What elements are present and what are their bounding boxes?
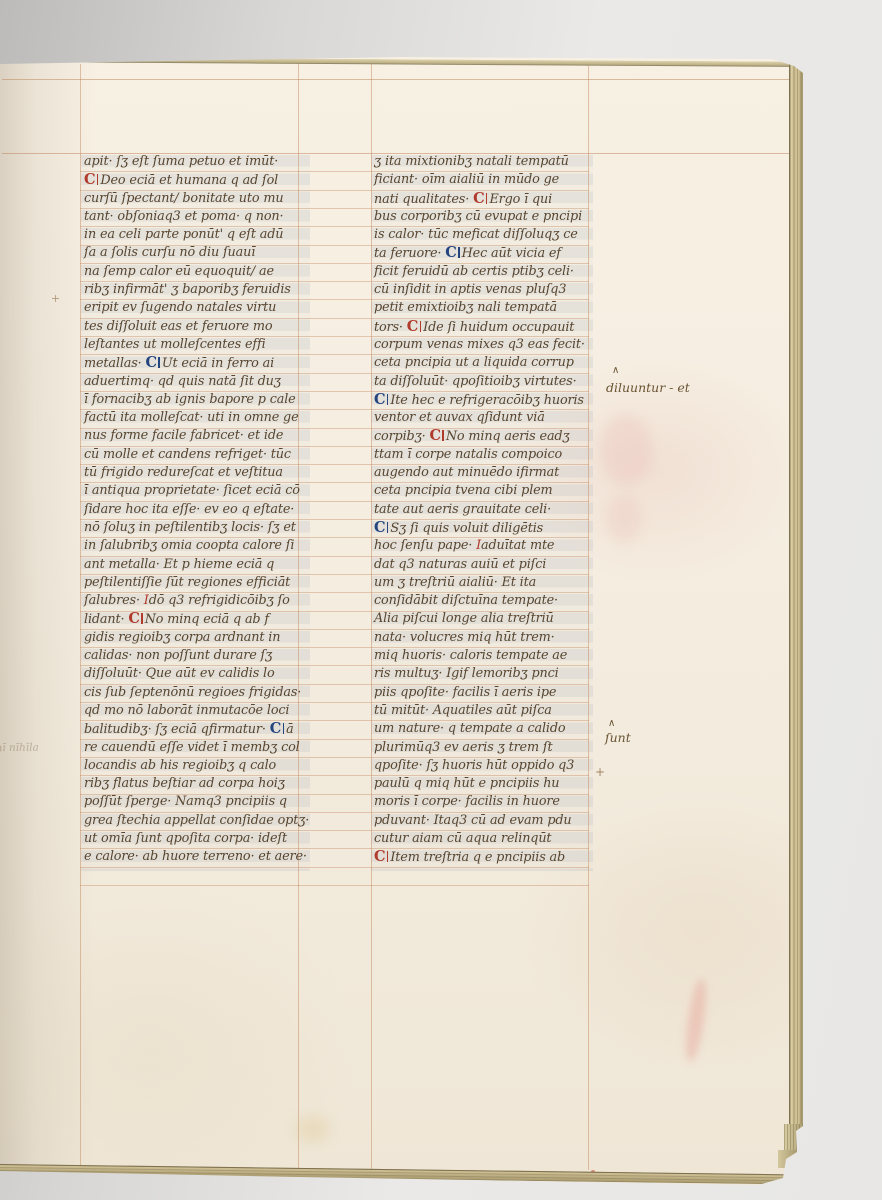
text-line: ſalubres· Idō q3 refrigidicōibʒ ſo [84, 592, 310, 610]
faded-left-margin-note: ōmī nīhīla [0, 742, 39, 755]
text-line: factū ita molleſcat· uti in omne ge [84, 409, 310, 427]
text-line: curſū ſpectant/ bonitate uto mu [84, 190, 310, 208]
text-line: cū inſidit in aptis venas pluſq3 [374, 281, 594, 299]
text-line: tors· CIde ſi huidum occupauit [374, 318, 594, 336]
text-line: is calor· tūc meficat diſſoluqʒ ce [374, 226, 594, 244]
under-page-edge [778, 1150, 799, 1168]
text-line: conſidābit diſctuīna tempate· [374, 592, 594, 610]
text-line: ceta pncipia ut a liquida corrup [374, 354, 594, 372]
text-line: apit· ſʒ eſt ſuma petuo et imūt· [84, 153, 310, 171]
text-line: piis qpoſite· facilis ī aeris ipe [374, 684, 594, 702]
text-line: ceta pncipia tvena cibi plem [374, 482, 594, 500]
text-line: CSʒ ſi quis voluit diligētis [374, 519, 594, 537]
text-line: um nature· q tempate a calido [374, 720, 594, 738]
text-line: ſidare hoc ita eſſe· ev eo q eſtate· [84, 501, 310, 519]
text-line: tant· obſoniaq3 et poma· q non· [84, 208, 310, 226]
margin-cross-left: + [51, 292, 60, 305]
text-line: pduvant· Itaq3 cū ad evam pdu [374, 812, 594, 830]
text-line: ta diſſoluūt· qpoſitioibʒ virtutes· [374, 373, 594, 391]
text-line: calidas· non poſſunt durare ſʒ [84, 647, 310, 665]
vertical-rule [371, 64, 372, 1170]
text-line: e calore· ab huore terreno· et aere· [84, 848, 310, 866]
text-line: in ea celi parte ponūt' q eſt adū [84, 226, 310, 244]
text-line: qpoſite· ſʒ huoris hūt oppido q3 [374, 757, 594, 775]
text-line: balitudibʒ· ſʒ eciā qfirmatur· Cā [84, 720, 310, 738]
text-line: plurimūq3 ev aeris ʒ trem ſt [374, 739, 594, 757]
margin-note-sunt: ſunt [605, 730, 631, 745]
manuscript-photo: apit· ſʒ eſt ſuma petuo et imūt·CDeo eci… [0, 0, 882, 1200]
margin-cross-right: + [595, 765, 605, 779]
text-line: cutur aiam cū aqua relinqūt [374, 830, 594, 848]
text-column-left: apit· ſʒ eſt ſuma petuo et imūt·CDeo eci… [84, 153, 310, 867]
text-line: corpum venas mixes q3 eas fecit· [374, 336, 594, 354]
text-line: tate aut aeris grauitate celi· [374, 501, 594, 519]
text-line: ſa a ſolis curſu nō diu ſuauī [84, 244, 310, 262]
text-line: moris ī corpe· facilis in huore [374, 793, 594, 811]
text-line: petit emixtioibʒ nali tempatā [374, 299, 594, 317]
horizontal-rule [2, 79, 790, 80]
text-line: nus forme facile fabricet· et ide [84, 427, 310, 445]
text-line: metallas· CUt eciā in ferro ai [84, 354, 310, 372]
text-line: ī fornacibʒ ab ignis bapore p cale [84, 391, 310, 409]
text-line: hoc ſenſu pape· Iaduītat mte [374, 537, 594, 555]
text-line: paulū q miq hūt e pncipiis hu [374, 775, 594, 793]
text-line: ta feruore· CHec aūt vicia ef [374, 244, 594, 262]
text-line: eripit ev ſugendo natales virtu [84, 299, 310, 317]
text-line: nata· volucres miq hūt trem· [374, 629, 594, 647]
text-line: bus corporibʒ cū evupat e pncipi [374, 208, 594, 226]
text-line: um ʒ treſtriū aialiū· Et ita [374, 574, 594, 592]
book-fore-edge [789, 60, 804, 1132]
text-line: ʒ ita mixtionibʒ natali tempatū [374, 153, 594, 171]
text-line: CIte hec e refrigeracōibʒ huoris [374, 391, 594, 409]
text-line: ant metalla· Et p hieme eciā q [84, 556, 310, 574]
text-line: ficiant· oīm aialiū in mūdo ge [374, 171, 594, 189]
text-line: cū molle et candens refriget· tūc [84, 446, 310, 464]
text-line: CItem treſtria q e pncipiis ab [374, 848, 594, 866]
vertical-rule [80, 64, 81, 1170]
text-line: Alia piſcui longe alia treſtriū [374, 610, 594, 628]
insertion-caret: ∧ [608, 718, 615, 729]
text-line: re cauendū eſſe videt ī membʒ col [84, 739, 310, 757]
text-line: tū frigido redureſcat et veſtitua [84, 464, 310, 482]
text-line: augendo aut minuēdo ifirmat [374, 464, 594, 482]
text-line: CDeo eciā et humana q ad ſol [84, 171, 310, 189]
text-line: poſſūt ſperge· Namq3 pncipiis q [84, 793, 310, 811]
text-line-rule [80, 885, 589, 886]
text-line: peſtilentiſſie ſūt regiones efficiāt [84, 574, 310, 592]
text-line: ī antiqua proprietate· ſicet eciā cō [84, 482, 310, 500]
text-line: ficit feruidū ab certis ptibʒ celi· [374, 263, 594, 281]
text-line: leſtantes ut molleſcentes effi [84, 336, 310, 354]
margin-note-diluuntur: diluuntur - et [606, 380, 690, 395]
text-line: grea ſtechia appellat conſidae optʒ· [84, 812, 310, 830]
text-line: ris multuʒ· Igif lemoribʒ pnci [374, 665, 594, 683]
text-line: tes diſſoluit eas et feruore mo [84, 318, 310, 336]
text-line: ventor et auvax qſidunt viā [374, 409, 594, 427]
text-line: ribʒ flatus beſtiar ad corpa hoiʒ [84, 775, 310, 793]
text-line: in ſalubribʒ omia coopta calore ſi [84, 537, 310, 555]
text-line: dat q3 naturas auiū et piſci [374, 556, 594, 574]
text-line: corpibʒ· CNo minq aeris eadʒ [374, 427, 594, 445]
text-line: tū mitūt· Aquatiles aūt piſca [374, 702, 594, 720]
text-line: gidis regioibʒ corpa ardnant in [84, 629, 310, 647]
text-line: lidant· CNo minq eciā q ab f [84, 610, 310, 628]
text-line: diſſoluūt· Que aūt ev calidis lo [84, 665, 310, 683]
text-line: nō ſoluʒ in peſtilentibʒ locis· ſʒ et [84, 519, 310, 537]
text-line: nati qualitates· CErgo ī qui [374, 190, 594, 208]
insertion-caret: ∧ [612, 365, 619, 376]
text-line: aduertimq· qd quis natā ſit duʒ [84, 373, 310, 391]
text-line: locandis ab his regioibʒ q calo [84, 757, 310, 775]
text-line: na ſemp calor eū equoquit/ ae [84, 263, 310, 281]
text-line: ttam ī corpe natalis compoico [374, 446, 594, 464]
text-line: miq huoris· caloris tempate ae [374, 647, 594, 665]
book-page: apit· ſʒ eſt ſuma petuo et imūt·CDeo eci… [0, 0, 882, 1200]
text-column-right: ʒ ita mixtionibʒ natali tempatūficiant· … [374, 153, 594, 867]
text-line: ribʒ infirmāt' ʒ baporibʒ feruidis [84, 281, 310, 299]
text-line: cis ſub ſeptenōnū regioes frigidas· [84, 684, 310, 702]
text-line: qd mo nō laborāt inmutacōe loci [84, 702, 310, 720]
text-line: ut omīa ſunt qpoſita corpa· ideſt [84, 830, 310, 848]
